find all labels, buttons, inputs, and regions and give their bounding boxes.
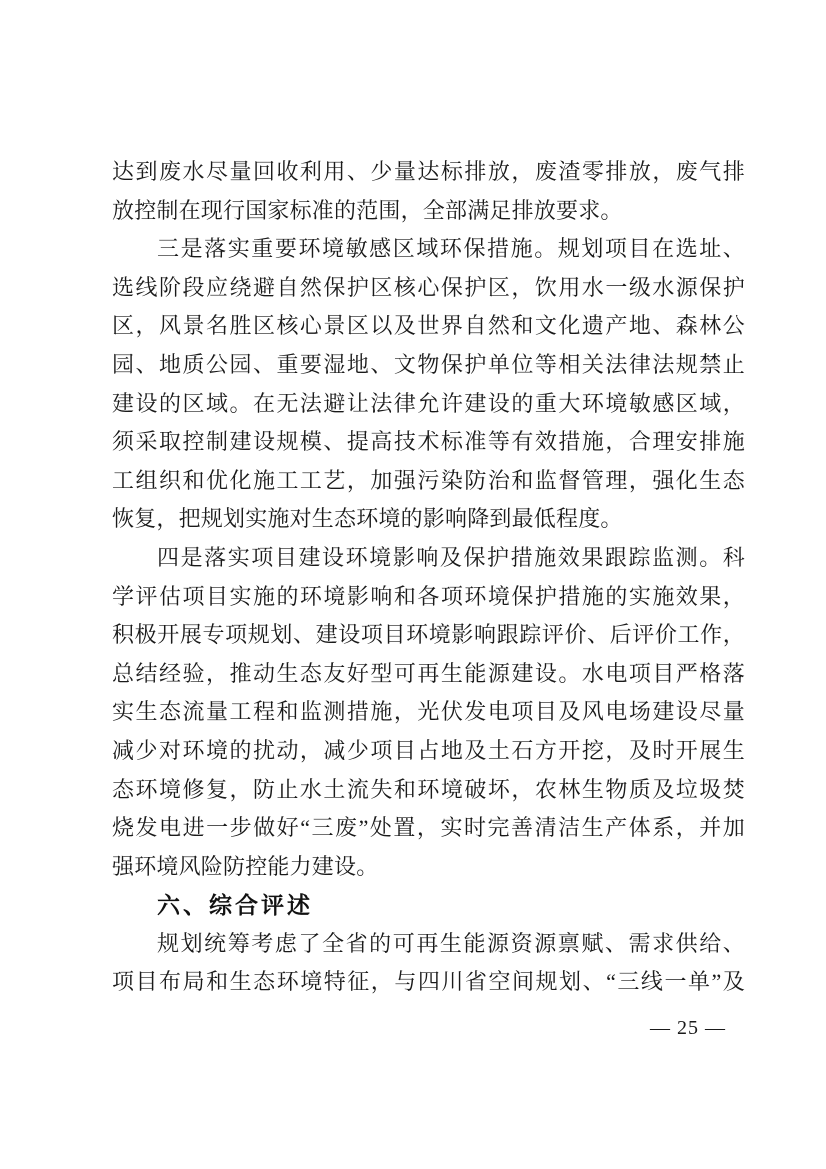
body-text-line: 学评估项目实施的环境影响和各项环境保护措施的实施效果， [112,578,745,617]
body-text-line: 烧发电进一步做好“三废”处置，实时完善清洁生产体系，并加 [112,809,745,848]
body-text-line: 工组织和优化施工工艺，加强污染防治和监督管理，强化生态 [112,462,745,501]
section-heading: 六、综合评述 [112,886,745,925]
body-text-line: 建设的区域。在无法避让法律允许建设的重大环境敏感区域， [112,385,745,424]
body-text-line: 须采取控制建设规模、提高技术标准等有效措施，合理安排施 [112,423,745,462]
body-text-line: 减少对环境的扰动，减少项目占地及土石方开挖，及时开展生 [112,732,745,771]
body-text-line: 区，风景名胜区核心景区以及世界自然和文化遗产地、森林公 [112,307,745,346]
page-number: — 25 — [650,1013,726,1043]
body-text-line: 园、地质公园、重要湿地、文物保护单位等相关法律法规禁止 [112,346,745,385]
body-text-line: 强环境风险防控能力建设。 [112,848,745,887]
body-text-line: 达到废水尽量回收利用、少量达标排放，废渣零排放，废气排 [112,153,745,192]
document-text-block: 达到废水尽量回收利用、少量达标排放，废渣零排放，废气排放控制在现行国家标准的范围… [112,153,745,1002]
body-text-line: 积极开展专项规划、建设项目环境影响跟踪评价、后评价工作， [112,616,745,655]
body-text-line: 恢复，把规划实施对生态环境的影响降到最低程度。 [112,500,745,539]
body-text-line: 项目布局和生态环境特征，与四川省空间规划、“三线一单”及 [112,963,745,1002]
body-text-line: 总结经验，推动生态友好型可再生能源建设。水电项目严格落 [112,655,745,694]
body-text-line: 实生态流量工程和监测措施，光伏发电项目及风电场建设尽量 [112,693,745,732]
body-text-line: 选线阶段应绕避自然保护区核心保护区，饮用水一级水源保护 [112,269,745,308]
body-text-line: 态环境修复，防止水土流失和环境破坏，农林生物质及垃圾焚 [112,771,745,810]
document-page: 达到废水尽量回收利用、少量达标排放，废渣零排放，废气排放控制在现行国家标准的范围… [0,0,826,1169]
body-text-line: 放控制在现行国家标准的范围，全部满足排放要求。 [112,192,745,231]
body-text-line: 四是落实项目建设环境影响及保护措施效果跟踪监测。科 [112,539,745,578]
body-text-line: 三是落实重要环境敏感区域环保措施。规划项目在选址、 [112,230,745,269]
body-text-line: 规划统筹考虑了全省的可再生能源资源禀赋、需求供给、 [112,925,745,964]
